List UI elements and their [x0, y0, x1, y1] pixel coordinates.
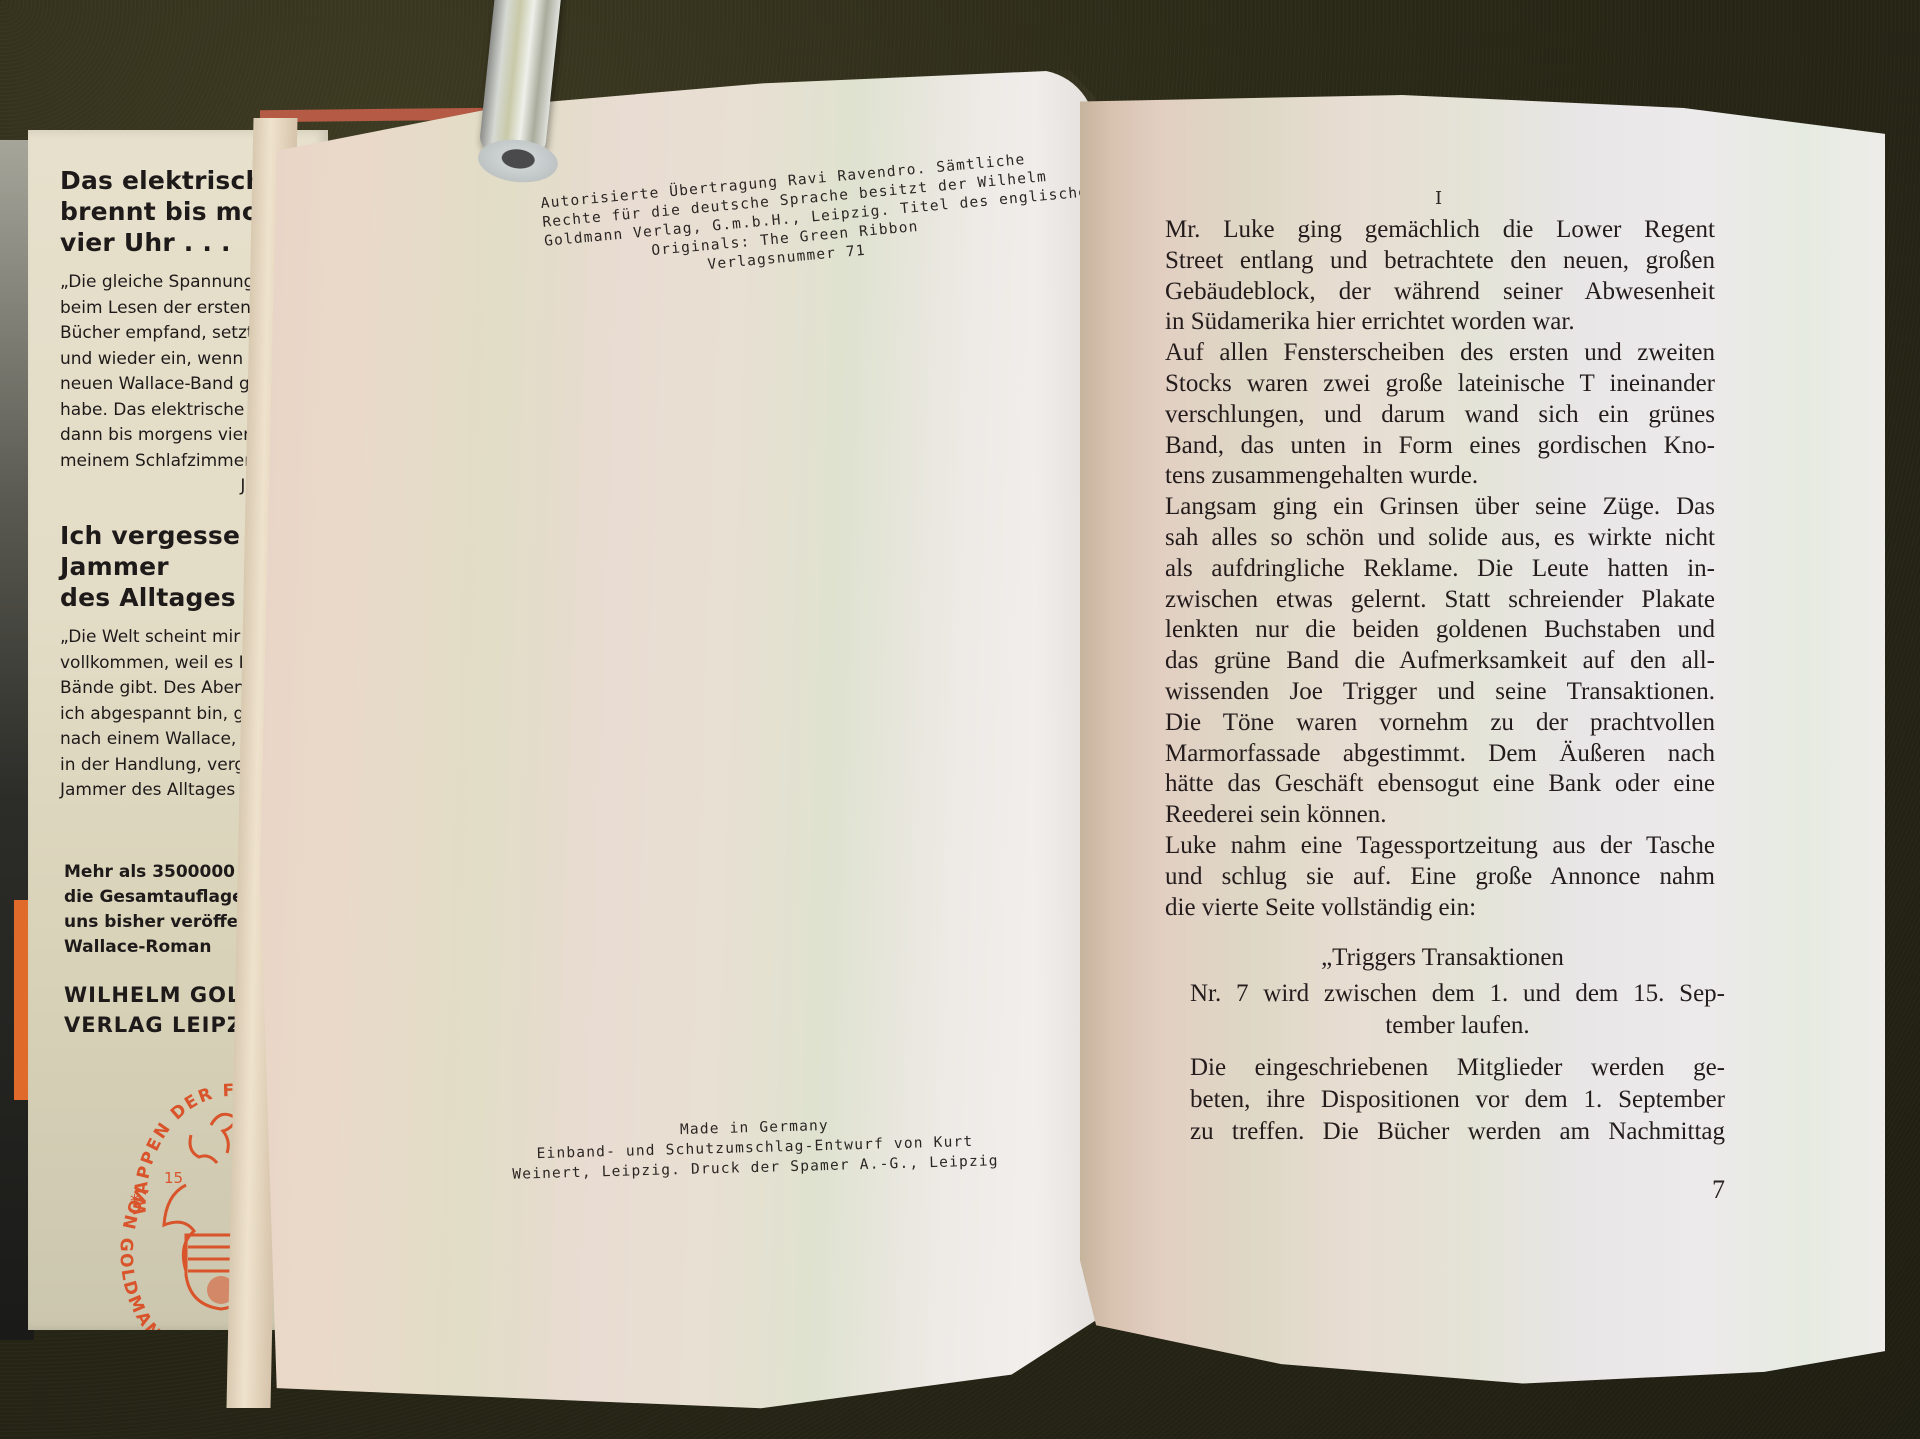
page-number: 7	[1712, 1175, 1725, 1205]
advert-line: tember laufen.	[1190, 1010, 1725, 1042]
text-line: Die Töne waren vornehm zu der prachtvoll…	[1165, 708, 1715, 739]
text-line: Auf allen Fensterscheiben des ersten und…	[1165, 338, 1715, 369]
chapter-body-text: Mr. Luke ging gemächlich die Lower Regen…	[1165, 215, 1715, 923]
text-line: Band, das unten in Form eines gordischen…	[1165, 431, 1715, 462]
text-line: hätte das Geschäft ebensogut eine Bank o…	[1165, 769, 1715, 800]
text-line: Mr. Luke ging gemächlich die Lower Regen…	[1165, 215, 1715, 246]
text-line: Stocks waren zwei große lateinische T in…	[1165, 369, 1715, 400]
text-line: lenkten nur die beiden goldenen Buchstab…	[1165, 615, 1715, 646]
text-line: tens zusammengehalten wurde.	[1165, 461, 1715, 492]
text-line: zwischen etwas gelernt. Statt schreiende…	[1165, 585, 1715, 616]
advert-title: „Triggers Transaktionen	[1190, 942, 1725, 974]
advert-body-line: Die eingeschriebenen Mitglieder werden g…	[1190, 1052, 1725, 1084]
text-line: das grüne Band die Aufmerksamkeit auf de…	[1165, 646, 1715, 677]
text-line: sah alles so schön und solide aus, es wi…	[1165, 523, 1715, 554]
text-line: Marmorfassade abgestimmt. Dem Äußeren na…	[1165, 739, 1715, 770]
text-line: und schlug sie auf. Eine große Annonce n…	[1165, 862, 1715, 893]
text-line: die vierte Seite vollständig ein:	[1165, 893, 1715, 924]
advert-body-line: beten, ihre Dispositionen vor dem 1. Sep…	[1190, 1084, 1725, 1116]
crest-star: *	[130, 1191, 139, 1212]
crest-year-left: 15	[164, 1169, 183, 1187]
text-line: Luke nahm eine Tagessportzeitung aus der…	[1165, 831, 1715, 862]
text-line: wissenden Joe Trigger und seine Transakt…	[1165, 677, 1715, 708]
text-line: Gebäudeblock, der während seiner Abwesen…	[1165, 277, 1715, 308]
advert-body-line: zu treffen. Die Bücher werden am Nachmit…	[1190, 1116, 1725, 1148]
text-line: Langsam ging ein Grinsen über seine Züge…	[1165, 492, 1715, 523]
newspaper-advert: „Triggers Transaktionen Nr. 7 wird zwisc…	[1190, 942, 1725, 1148]
text-line: Reederei sein können.	[1165, 800, 1715, 831]
text-line: in Südamerika hier errichtet worden war.	[1165, 307, 1715, 338]
text-line: Street entlang und betrachtete den neuen…	[1165, 246, 1715, 277]
text-line: verschlungen, und darum wand sich ein gr…	[1165, 400, 1715, 431]
chapter-number: I	[1435, 188, 1442, 209]
text-line: als aufdringliche Reklame. Die Leute hat…	[1165, 554, 1715, 585]
advert-line: Nr. 7 wird zwischen dem 1. und dem 15. S…	[1190, 978, 1725, 1010]
